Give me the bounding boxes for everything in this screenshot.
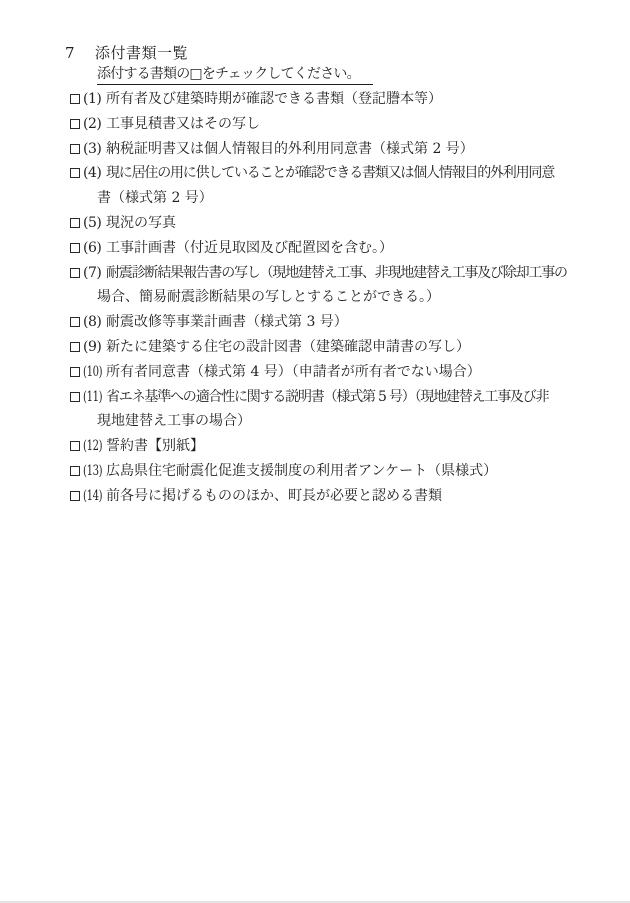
item-row: (10) 所有者同意書（様式第 4 号）（申請者が所有者でない場合）	[70, 360, 630, 385]
item-text: 前各号に掲げるもののほか、町長が必要と認める書類	[106, 488, 442, 504]
item-row: (1) 所有者及び建築時期が確認できる書類（登記謄本等）	[70, 87, 630, 112]
item-number: (1)	[83, 87, 105, 112]
checkbox-icon[interactable]	[70, 441, 80, 451]
item-text-continued: 書（様式第 2 号）	[70, 186, 630, 211]
section-heading: 7添付書類一覧	[65, 46, 630, 61]
checkbox-icon[interactable]	[70, 342, 80, 352]
item-number: (7)	[83, 261, 105, 286]
item-text-continued: 現地建替え工事の場合）	[70, 409, 630, 434]
item-text: 耐震改修等事業計画書（様式第 3 号）	[106, 314, 348, 330]
checkbox-icon[interactable]	[70, 119, 80, 129]
item-number: (5)	[83, 211, 105, 236]
item-text: 新たに建築する住宅の設計図書（建築確認申請書の写し）	[106, 339, 470, 355]
item-row: (3) 納税証明書又は個人情報目的外利用同意書（様式第 2 号）	[70, 137, 630, 162]
item-text: 省エネ基準への適合性に関する説明書（様式第 5 号）（現地建替え工事及び非	[106, 389, 548, 405]
checklist-item: (9) 新たに建築する住宅の設計図書（建築確認申請書の写し）	[70, 335, 630, 360]
item-row: (2) 工事見積書又はその写し	[70, 112, 630, 137]
checklist-item: (4) 現に居住の用に供していることが確認できる書類又は個人情報目的外利用同意 …	[70, 161, 630, 211]
checklist-item: (12) 誓約書【別紙】	[70, 434, 630, 459]
item-row: (6) 工事計画書（付近見取図及び配置図を含む。）	[70, 236, 630, 261]
checklist-item: (5) 現況の写真	[70, 211, 630, 236]
item-text-continued: 場合、簡易耐震診断結果の写しとすることができる。）	[70, 285, 630, 310]
checklist-item: (10) 所有者同意書（様式第 4 号）（申請者が所有者でない場合）	[70, 360, 630, 385]
item-number: (11)	[83, 385, 99, 410]
checklist-item: (6) 工事計画書（付近見取図及び配置図を含む。）	[70, 236, 630, 261]
item-number: (8)	[83, 310, 105, 335]
checkbox-icon[interactable]	[70, 94, 80, 104]
item-row: (13) 広島県住宅耐震化促進支援制度の利用者アンケート（県様式）	[70, 459, 630, 484]
checkbox-icon[interactable]	[70, 168, 80, 178]
item-text: 工事見積書又はその写し	[106, 116, 260, 132]
item-number: (13)	[83, 459, 99, 484]
instruction-text: 添付する書類の□をチェックしてください。	[97, 66, 373, 85]
item-text: 工事計画書（付近見取図及び配置図を含む。）	[106, 240, 393, 256]
item-number: (3)	[83, 137, 105, 162]
item-number: (12)	[83, 434, 99, 459]
item-row: (4) 現に居住の用に供していることが確認できる書類又は個人情報目的外利用同意	[70, 161, 630, 186]
item-number: (14)	[83, 484, 99, 509]
item-number: (6)	[83, 236, 105, 261]
item-text: 誓約書【別紙】	[106, 438, 204, 454]
item-text: 現に居住の用に供していることが確認できる書類又は個人情報目的外利用同意	[106, 165, 554, 181]
item-row: (7) 耐震診断結果報告書の写し（現地建替え工事、非現地建替え工事及び除却工事の	[70, 261, 630, 286]
checkbox-icon[interactable]	[70, 392, 80, 402]
item-row: (14) 前各号に掲げるもののほか、町長が必要と認める書類	[70, 484, 630, 509]
checkbox-icon[interactable]	[70, 317, 80, 327]
checkbox-icon[interactable]	[70, 367, 80, 377]
document-page: 7添付書類一覧 添付する書類の□をチェックしてください。 (1) 所有者及び建築…	[0, 0, 630, 903]
section-title: 添付書類一覧	[95, 44, 188, 62]
checklist-item: (7) 耐震診断結果報告書の写し（現地建替え工事、非現地建替え工事及び除却工事の…	[70, 261, 630, 311]
instruction-line: 添付する書類の□をチェックしてください。	[97, 67, 630, 82]
item-row: (9) 新たに建築する住宅の設計図書（建築確認申請書の写し）	[70, 335, 630, 360]
item-text: 所有者及び建築時期が確認できる書類（登記謄本等）	[106, 91, 442, 107]
item-number: (10)	[83, 360, 99, 385]
item-text: 所有者同意書（様式第 4 号）（申請者が所有者でない場合）	[106, 364, 481, 380]
item-number: (4)	[83, 161, 105, 186]
checkbox-icon[interactable]	[70, 466, 80, 476]
attachment-checklist: (1) 所有者及び建築時期が確認できる書類（登記謄本等） (2) 工事見積書又は…	[70, 87, 630, 509]
item-number: (2)	[83, 112, 105, 137]
checklist-item: (1) 所有者及び建築時期が確認できる書類（登記謄本等）	[70, 87, 630, 112]
section-number: 7	[65, 46, 75, 61]
item-text: 耐震診断結果報告書の写し（現地建替え工事、非現地建替え工事及び除却工事の	[106, 265, 567, 281]
checklist-item: (2) 工事見積書又はその写し	[70, 112, 630, 137]
checkbox-icon[interactable]	[70, 243, 80, 253]
checklist-item: (3) 納税証明書又は個人情報目的外利用同意書（様式第 2 号）	[70, 137, 630, 162]
item-text: 現況の写真	[106, 215, 176, 231]
item-row: (8) 耐震改修等事業計画書（様式第 3 号）	[70, 310, 630, 335]
item-text: 広島県住宅耐震化促進支援制度の利用者アンケート（県様式）	[106, 463, 497, 479]
checklist-item: (11) 省エネ基準への適合性に関する説明書（様式第 5 号）（現地建替え工事及…	[70, 385, 630, 435]
checkbox-icon[interactable]	[70, 268, 80, 278]
item-number: (9)	[83, 335, 105, 360]
checklist-item: (8) 耐震改修等事業計画書（様式第 3 号）	[70, 310, 630, 335]
item-row: (5) 現況の写真	[70, 211, 630, 236]
checkbox-icon[interactable]	[70, 218, 80, 228]
item-row: (11) 省エネ基準への適合性に関する説明書（様式第 5 号）（現地建替え工事及…	[70, 385, 630, 410]
checkbox-icon[interactable]	[70, 144, 80, 154]
checklist-item: (13) 広島県住宅耐震化促進支援制度の利用者アンケート（県様式）	[70, 459, 630, 484]
checklist-item: (14) 前各号に掲げるもののほか、町長が必要と認める書類	[70, 484, 630, 509]
item-text: 納税証明書又は個人情報目的外利用同意書（様式第 2 号）	[106, 141, 474, 157]
item-row: (12) 誓約書【別紙】	[70, 434, 630, 459]
checkbox-icon[interactable]	[70, 491, 80, 501]
